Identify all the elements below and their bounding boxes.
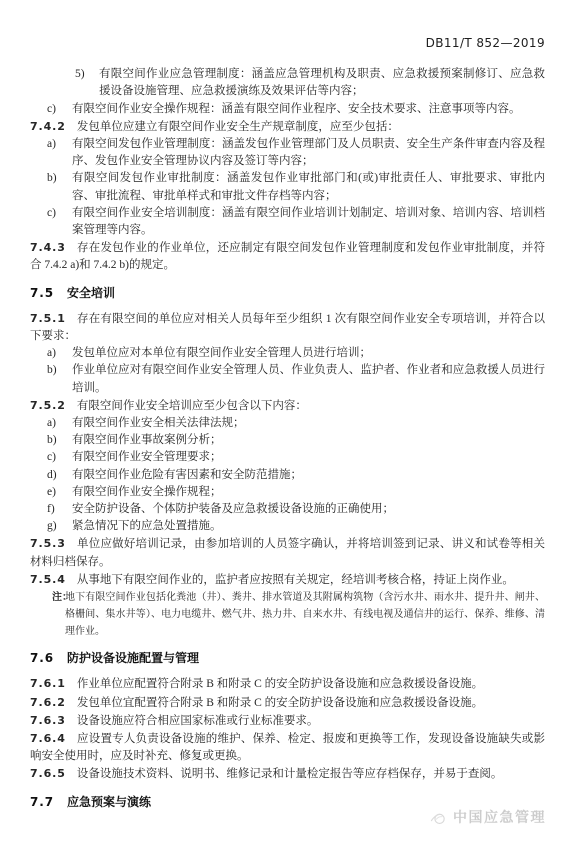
clause-number: 7.4.2 [30,120,66,133]
list-item-b: b)有限空间发包作业审批制度：涵盖发包作业审批部门和(或)审批责任人、审批要求、… [30,170,545,204]
watermark: 中国应急管理 [430,810,546,827]
list-item-a: a)发包单位应对本单位有限空间作业安全管理人员进行培训； [30,345,545,362]
list-text: 有限空间发包作业管理制度：涵盖发包作业管理部门及人员职责、安全生产条件审查内容及… [72,138,545,167]
clause-7-5-1: 7.5.1存在有限空间的单位应对相关人员每年至少组织 1 次有限空间作业安全专项… [30,310,545,345]
clause-text: 设备设施应符合相应国家标准或行业标准要求。 [77,715,319,727]
clause-text: 设备设施技术资料、说明书、维修记录和计量检定报告等应存档保存，并易于查阅。 [77,768,503,780]
clause-number: 7.6.3 [30,714,66,727]
list-item-c: c)有限空间作业安全管理要求； [30,449,545,466]
list-label: c) [47,205,56,222]
clause-text: 应设置专人负责设备设施的维护、保养、检定、报废和更换等工作，发现设备设施缺失或影… [30,733,545,762]
section-heading-7-5: 7.5安全培训 [30,285,545,302]
list-text: 有限空间作业安全培训制度：涵盖有限空间作业培训计划制定、培训对象、培训内容、培训… [72,207,545,236]
clause-text: 从事地下有限空间作业的，监护者应按照有关规定，经培训考核合格，持证上岗作业。 [77,574,514,586]
section-number: 7.6 [30,651,54,665]
list-label: e) [47,484,56,501]
section-title: 防护设备设施配置与管理 [67,651,199,665]
clause-7-6-5: 7.6.5设备设施技术资料、说明书、维修记录和计量检定报告等应存档保存，并易于查… [30,765,545,783]
document-body: 5)有限空间作业应急管理制度：涵盖应急管理机构及职责、应急救援预案制修订、应急救… [30,66,545,811]
section-number: 7.5 [30,286,54,300]
list-item-5: 5)有限空间作业应急管理制度：涵盖应急管理机构及职责、应急救援预案制修订、应急救… [30,66,545,100]
note: 注：地下有限空间作业包括化粪池（井）、粪井、排水管道及其附属构筑物（含污水井、雨… [30,589,545,640]
section-heading-7-7: 7.7应急预案与演练 [30,794,545,811]
list-text: 紧急情况下的应急处置措施。 [72,520,222,532]
section-title: 安全培训 [67,286,115,300]
list-label: c) [47,101,56,118]
list-text: 有限空间发包作业审批制度：涵盖发包作业审批部门和(或)审批责任人、审批要求、审批… [72,172,545,201]
list-text: 有限空间作业安全操作规程：涵盖有限空间作业程序、安全技术要求、注意事项等内容。 [72,103,521,115]
list-text: 有限空间作业安全操作规程； [72,486,222,498]
document-page: DB11/T 852—2019 5)有限空间作业应急管理制度：涵盖应急管理机构及… [0,0,566,844]
clause-number: 7.6.2 [30,696,66,709]
list-label: a) [47,136,56,153]
clause-7-6-2: 7.6.2发包单位宜配置符合附录 B 和附录 C 的安全防护设备设施和应急救援设… [30,694,545,712]
clause-text: 单位应做好培训记录，由参加培训的人员签字确认，并将培训签到记录、讲义和试卷等相关… [30,538,545,567]
list-label: c) [47,449,56,466]
list-text: 有限空间作业事故案例分析； [72,434,222,446]
clause-number: 7.5.3 [30,537,66,550]
section-title: 应急预案与演练 [67,795,151,809]
list-label: d) [47,467,57,484]
clause-7-4-2: 7.4.2发包单位应建立有限空间作业安全生产规章制度，应至少包括： [30,118,545,136]
list-item-a: a)有限空间发包作业管理制度：涵盖发包作业管理部门及人员职责、安全生产条件审查内… [30,136,545,170]
list-label: a) [47,415,56,432]
list-item-b: b)有限空间作业事故案例分析； [30,432,545,449]
note-label: 注： [52,589,72,606]
section-heading-7-6: 7.6防护设备设施配置与管理 [30,650,545,667]
clause-7-6-4: 7.6.4应设置专人负责设备设施的维护、保养、检定、报废和更换等工作，发现设备设… [30,730,545,765]
clause-text: 发包单位宜配置符合附录 B 和附录 C 的安全防护设备设施和应急救援设备设施。 [77,697,483,709]
list-item-f: f)安全防护设备、个体防护装备及应急救援设备设施的正确使用； [30,501,545,518]
note-text: 地下有限空间作业包括化粪池（井）、粪井、排水管道及其附属构筑物（含污水井、雨水井… [65,592,545,637]
clause-7-5-3: 7.5.3单位应做好培训记录，由参加培训的人员签字确认，并将培训签到记录、讲义和… [30,535,545,570]
clause-text: 发包单位应建立有限空间作业安全生产规章制度，应至少包括： [77,121,399,133]
list-text: 安全防护设备、个体防护装备及应急救援设备设施的正确使用； [72,503,394,515]
watermark-text: 中国应急管理 [453,810,546,827]
clause-text: 存在发包作业的作业单位，还应制定有限空间发包作业管理制度和发包作业审批制度，并符… [30,242,545,271]
list-label: 5) [75,66,85,83]
list-item-c: c)有限空间作业安全操作规程：涵盖有限空间作业程序、安全技术要求、注意事项等内容… [30,101,545,118]
emergency-management-logo-icon [430,810,447,827]
clause-7-6-3: 7.6.3设备设施应符合相应国家标准或行业标准要求。 [30,712,545,730]
clause-text: 存在有限空间的单位应对相关人员每年至少组织 1 次有限空间作业安全专项培训，并符… [30,313,545,342]
clause-7-5-4: 7.5.4从事地下有限空间作业的，监护者应按照有关规定，经培训考核合格，持证上岗… [30,571,545,589]
list-text: 有限空间作业应急管理制度：涵盖应急管理机构及职责、应急救援预案制修订、应急救援设… [99,68,545,97]
clause-number: 7.4.3 [30,241,66,254]
clause-7-5-2: 7.5.2有限空间作业安全培训应至少包含以下内容： [30,397,545,415]
standard-number: DB11/T 852—2019 [30,35,545,52]
list-text: 有限空间作业安全相关法律法规； [72,417,245,429]
section-number: 7.7 [30,795,54,809]
list-text: 有限空间作业安全管理要求； [72,451,222,463]
list-text: 发包单位应对本单位有限空间作业安全管理人员进行培训； [72,347,371,359]
clause-text: 作业单位应配置符合附录 B 和附录 C 的安全防护设备设施和应急救援设备设施。 [77,678,483,690]
list-label: b) [47,170,57,187]
list-item-d: d)有限空间作业危险有害因素和安全防范措施； [30,467,545,484]
list-text: 有限空间作业危险有害因素和安全防范措施； [72,469,302,481]
list-label: a) [47,345,56,362]
clause-number: 7.5.2 [30,399,66,412]
list-item-a: a)有限空间作业安全相关法律法规； [30,415,545,432]
clause-number: 7.5.4 [30,573,66,586]
clause-7-6-1: 7.6.1作业单位应配置符合附录 B 和附录 C 的安全防护设备设施和应急救援设… [30,675,545,693]
clause-number: 7.5.1 [30,312,66,325]
clause-text: 有限空间作业安全培训应至少包含以下内容： [77,400,307,412]
list-label: b) [47,432,57,449]
clause-number: 7.6.1 [30,677,66,690]
list-label: g) [47,518,57,535]
clause-7-4-3: 7.4.3存在发包作业的作业单位，还应制定有限空间发包作业管理制度和发包作业审批… [30,239,545,274]
clause-number: 7.6.4 [30,732,66,745]
list-text: 作业单位应对有限空间作业安全管理人员、作业负责人、监护者、作业者和应急救援人员进… [72,364,545,393]
list-label: f) [47,501,55,518]
clause-number: 7.6.5 [30,767,66,780]
list-item-g: g)紧急情况下的应急处置措施。 [30,518,545,535]
list-label: b) [47,362,57,379]
list-item-e: e)有限空间作业安全操作规程； [30,484,545,501]
list-item-c: c)有限空间作业安全培训制度：涵盖有限空间作业培训计划制定、培训对象、培训内容、… [30,205,545,239]
list-item-b: b)作业单位应对有限空间作业安全管理人员、作业负责人、监护者、作业者和应急救援人… [30,362,545,396]
